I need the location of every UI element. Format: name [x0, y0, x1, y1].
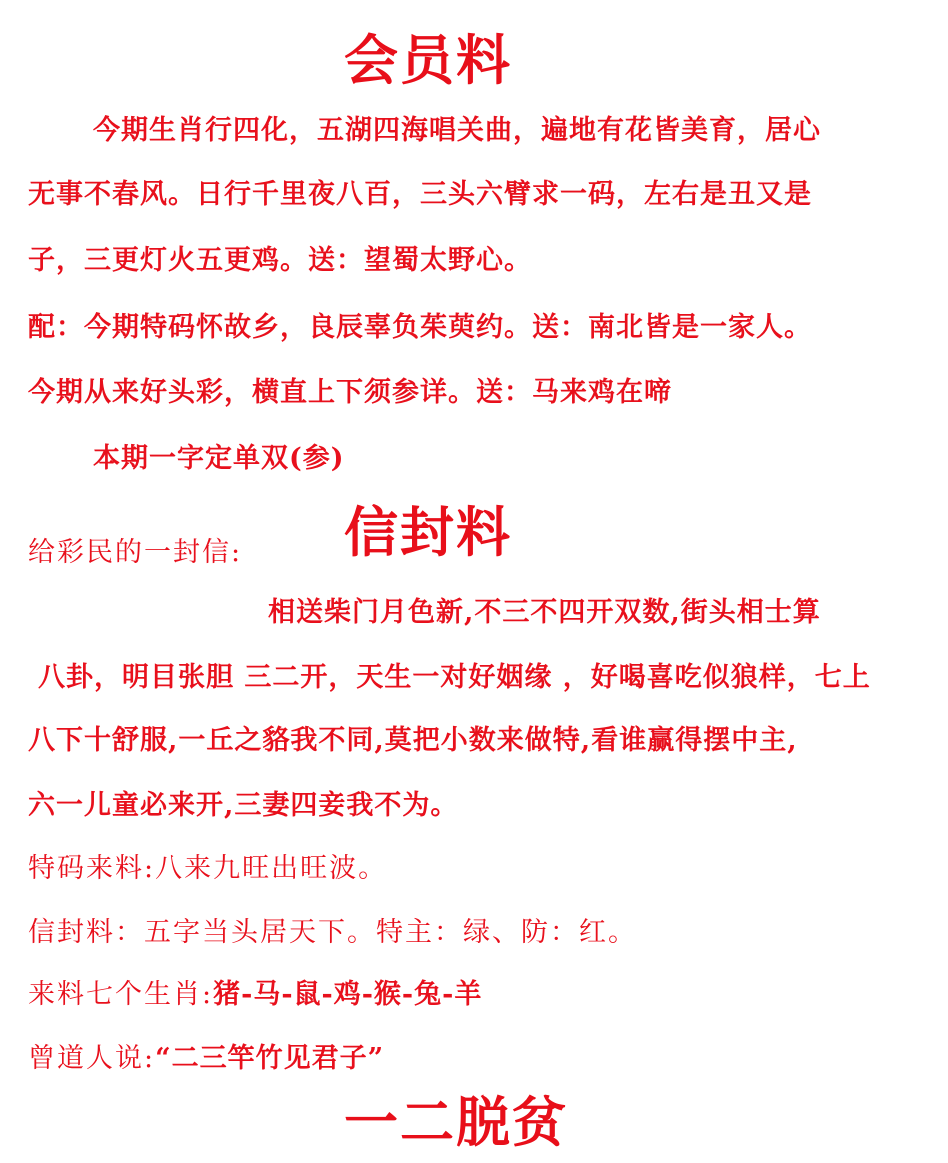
envelope-section-title: 信封料 — [344, 490, 512, 567]
saying-line: 曾道人说:“二三竿竹见君子” — [28, 1036, 384, 1075]
member-line-1: 今期生肖行四化，五湖四海唱关曲，遍地有花皆美育，居心 — [93, 108, 821, 147]
saying-label: 曾道人说: — [28, 1043, 155, 1074]
envelope-line-3: 八下十舒服,一丘之貉我不同,莫把小数来做特,看谁赢得摆中主, — [28, 718, 798, 757]
member-line-4: 配：今期特码怀故乡，良辰辜负茱萸约。送：南北皆是一家人。 — [28, 305, 812, 344]
envelope-note-line: 信封料：五字当头居天下。特主：绿、防：红。 — [28, 910, 637, 949]
member-line-5: 今期从来好头彩，横直上下须参详。送：马来鸡在啼 — [28, 370, 672, 409]
member-line-2: 无事不春风。日行千里夜八百，三头六臂求一码，左右是丑又是 — [28, 172, 812, 211]
footer-title: 一二脱贫 — [344, 1080, 568, 1157]
zodiac-list: 猪-马-鼠-鸡-猴-兔-羊 — [213, 979, 482, 1010]
envelope-line-1: 相送柴门月色新,不三不四开双数,街头相士算 — [268, 590, 821, 629]
zodiac-label: 来料七个生肖: — [28, 979, 213, 1010]
member-line-3: 子，三更灯火五更鸡。送：望蜀太野心。 — [28, 238, 532, 277]
member-line-6: 本期一字定单双(参) — [93, 436, 345, 475]
member-section-title: 会员料 — [344, 18, 512, 95]
saying-quote: “二三竿竹见君子” — [155, 1043, 384, 1074]
envelope-line-2: 八卦，明目张胆 三二开，天生一对好姻缘 ，好喝喜吃似狼样，七上 — [38, 655, 871, 694]
zodiac-line: 来料七个生肖:猪-马-鼠-鸡-猴-兔-羊 — [28, 972, 482, 1011]
envelope-line-4: 六一儿童必来开,三妻四妾我不为。 — [28, 783, 458, 822]
envelope-intro: 给彩民的一封信: — [28, 530, 242, 569]
special-code-line: 特码来料:八来九旺出旺波。 — [28, 846, 387, 885]
